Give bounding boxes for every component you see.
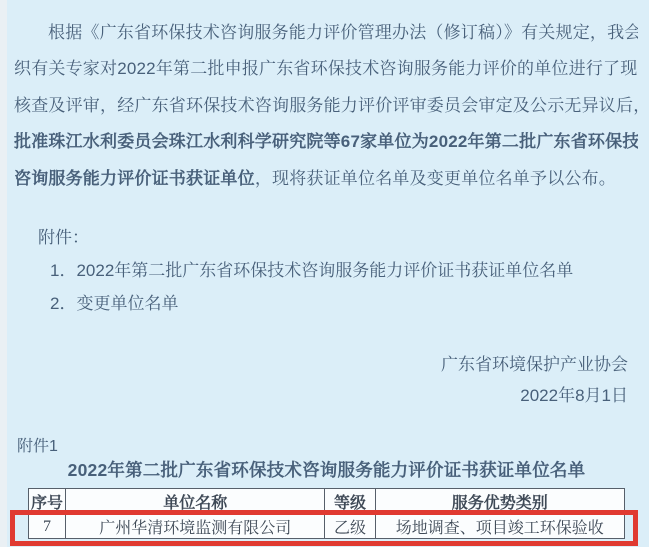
header-cell-grade: 等级	[325, 489, 375, 515]
paragraph-line-4-bold: 批准珠江水利委员会珠江水利科学研究院等67家单位为2022年第二批广东省环保技术	[14, 124, 638, 160]
cell-service-category: 场地调查、项目竣工环保验收	[375, 515, 624, 539]
header-cell-service-category: 服务优势类别	[375, 489, 624, 515]
paragraph-line-5: 咨询服务能力评价证书获证单位，现将获证单位名单及变更单位名单予以公布。	[14, 161, 638, 197]
signature-organization: 广东省环境保护产业协会	[441, 349, 628, 380]
page-left-edge	[0, 0, 7, 547]
certified-units-table: 序号 单位名称 等级 服务优势类别 7 广州华清环境监测有限公司 乙级 场地调查…	[28, 488, 625, 539]
paragraph-line-5-bold: 咨询服务能力评价证书获证单位	[14, 169, 255, 188]
signature-block: 广东省环境保护产业协会 2022年8月1日	[441, 349, 628, 411]
announcement-paragraph: 根据《广东省环保技术咨询服务能力评价管理办法（修订稿）》有关规定，我会组 织有关…	[14, 15, 638, 197]
paragraph-line-2: 织有关专家对2022年第二批申报广东省环保技术咨询服务能力评价的单位进行了现场	[14, 51, 638, 87]
paragraph-line-1: 根据《广东省环保技术咨询服务能力评价管理办法（修订稿）》有关规定，我会组	[14, 15, 638, 51]
table-title: 2022年第二批广东省环保技术咨询服务能力评价证书获证单位名单	[28, 457, 625, 482]
header-cell-unit-name: 单位名称	[66, 489, 325, 515]
signature-date: 2022年8月1日	[441, 380, 628, 411]
table-row: 7 广州华清环境监测有限公司 乙级 场地调查、项目竣工环保验收	[29, 515, 625, 539]
attachment-list-item-1: 1．2022年第二批广东省环保技术咨询服务能力评价证书获证单位名单	[50, 256, 573, 281]
appendix-label: 附件1	[17, 433, 58, 456]
announcement-page: 根据《广东省环保技术咨询服务能力评价管理办法（修订稿）》有关规定，我会组 织有关…	[0, 0, 649, 547]
table-header-row: 序号 单位名称 等级 服务优势类别	[29, 489, 625, 515]
cell-grade: 乙级	[325, 515, 375, 539]
cell-serial: 7	[29, 515, 66, 539]
paragraph-line-3: 核查及评审，经广东省环保技术咨询服务能力评价评审委员会审定及公示无异议后，	[14, 88, 638, 124]
paragraph-line-5-regular: ，现将获证单位名单及变更单位名单予以公布。	[255, 169, 616, 188]
attachment-list-item-2: 2．变更单位名单	[50, 289, 178, 314]
attachments-label: 附件：	[38, 223, 89, 248]
header-cell-serial: 序号	[29, 489, 66, 515]
cell-unit-name: 广州华清环境监测有限公司	[66, 515, 325, 539]
